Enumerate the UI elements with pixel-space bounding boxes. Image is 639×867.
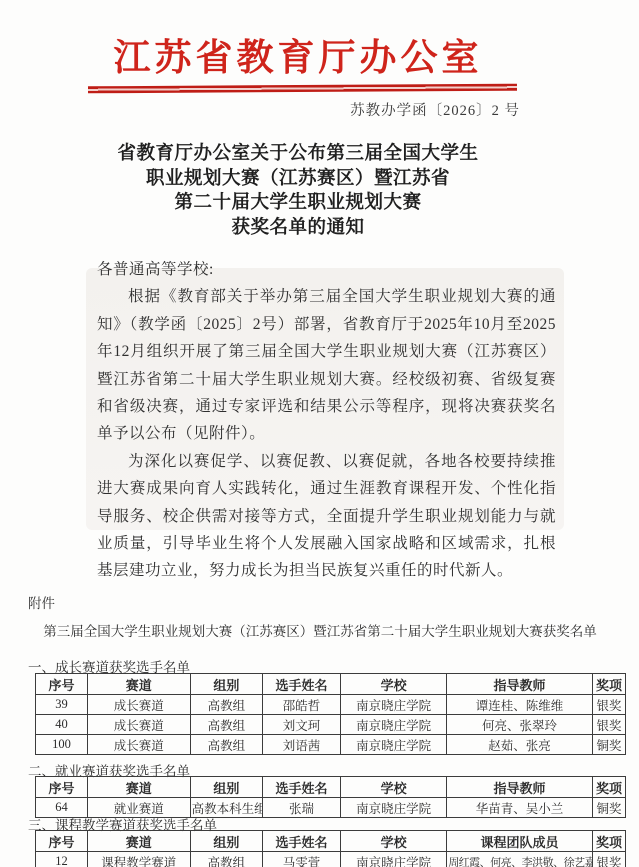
body-paragraph: 为深化以赛促学、以赛促教、以赛促就，各地各校要持续推进大赛成果向育人实践转化，通… [97,448,556,585]
table-cell: 成长赛道 [87,715,190,735]
document-number: 苏教办学函〔2026〕2 号 [0,99,520,120]
table-cell: 南京晓庄学院 [341,798,447,818]
table-row: 39成长赛道高教组邵皓哲南京晓庄学院谭连桂、陈维维银奖 [36,695,626,715]
column-header: 选手姓名 [263,674,341,695]
table-cell: 高教组 [190,715,263,735]
table-header-row: 序号赛道组别选手姓名学校指导教师奖项 [36,674,626,695]
table-cell: 刘语茜 [263,735,341,755]
attachment-title: 第三届全国大学生职业规划大赛（江苏赛区）暨江苏省第二十届大学生职业规划大赛获奖名… [15,620,625,640]
notice-title-line: 省教育厅办公室关于公布第三届全国大学生 [117,144,478,164]
column-header: 选手姓名 [263,777,341,798]
column-header: 赛道 [87,674,190,695]
table-cell: 铜奖 [592,798,625,818]
table-cell: 成长赛道 [87,735,190,755]
notice-body: 各普通高等学校: 根据《教育部关于举办第三届全国大学生职业规划大赛的通知》（教学… [97,256,556,585]
column-header: 序号 [36,777,88,798]
table-cell: 南京晓庄学院 [341,695,447,715]
table-cell: 南京晓庄学院 [341,852,447,867]
table-cell: 马雯萱 [263,852,341,867]
column-header: 序号 [36,674,88,695]
notice-title: 省教育厅办公室关于公布第三届全国大学生 职业规划大赛（江苏赛区）暨江苏省 第二十… [0,142,608,240]
attachment-label: 附件 [28,592,55,612]
column-header: 指导教师 [447,674,593,695]
table-cell: 铜奖 [592,735,625,755]
letterhead-title: 江苏省教育厅办公室 [0,27,608,81]
table-header-row: 序号赛道组别选手姓名学校指导教师奖项 [36,777,626,798]
notice-title-line: 第二十届大学生职业规划大赛 [174,193,421,213]
table-cell: 高教组 [190,852,263,867]
notice-title-line: 职业规划大赛（江苏赛区）暨江苏省 [146,169,450,189]
table-cell: 12 [36,852,88,867]
column-header: 学校 [341,674,447,695]
table-cell: 高教组 [190,695,263,715]
table-cell: 银奖 [592,852,625,867]
column-header: 指导教师 [447,777,593,798]
letterhead-divider-rule [88,84,517,94]
table-header-row: 序号赛道组别选手姓名学校课程团队成员奖项 [36,831,626,852]
column-header: 学校 [341,831,447,852]
table-cell: 谭连桂、陈维维 [447,695,593,715]
column-header: 组别 [190,831,263,852]
award-table-growth-track: 序号赛道组别选手姓名学校指导教师奖项39成长赛道高教组邵皓哲南京晓庄学院谭连桂、… [35,673,626,755]
table-cell: 周红霞、何亮、李洪敬、徐艺嘉 [447,852,593,867]
table-cell: 南京晓庄学院 [341,715,447,735]
table-cell: 成长赛道 [87,695,190,715]
table-cell: 邵皓哲 [263,695,341,715]
table-row: 12课程教学赛道高教组马雯萱南京晓庄学院周红霞、何亮、李洪敬、徐艺嘉银奖 [36,852,626,867]
table-cell: 40 [36,715,88,735]
table-cell: 华苗青、吴小兰 [447,798,593,818]
table-cell: 何亮、张翠玲 [447,715,593,735]
column-header: 学校 [341,777,447,798]
notice-title-line: 获奖名单的通知 [231,218,364,238]
column-header: 奖项 [592,777,625,798]
table-cell: 100 [36,735,88,755]
table-cell: 赵茹、张亮 [447,735,593,755]
column-header: 组别 [190,777,263,798]
column-header: 奖项 [592,831,625,852]
column-header: 选手姓名 [263,831,341,852]
table-cell: 刘文珂 [263,715,341,735]
table-cell: 高教组 [190,735,263,755]
table-cell: 张瑞 [263,798,341,818]
column-header: 赛道 [87,777,190,798]
column-header: 组别 [190,674,263,695]
salutation: 各普通高等学校: [97,256,556,283]
table-cell: 南京晓庄学院 [341,735,447,755]
column-header: 序号 [36,831,88,852]
table-row: 100成长赛道高教组刘语茜南京晓庄学院赵茹、张亮铜奖 [36,735,626,755]
document-page: 江苏省教育厅办公室 苏教办学函〔2026〕2 号 省教育厅办公室关于公布第三届全… [0,0,639,867]
body-paragraph: 根据《教育部关于举办第三届全国大学生职业规划大赛的通知》（教学函〔2025〕2号… [97,283,556,447]
award-table-course-teaching-track: 序号赛道组别选手姓名学校课程团队成员奖项12课程教学赛道高教组马雯萱南京晓庄学院… [35,830,626,867]
table-cell: 39 [36,695,88,715]
table-row: 40成长赛道高教组刘文珂南京晓庄学院何亮、张翠玲银奖 [36,715,626,735]
table-cell: 课程教学赛道 [87,852,190,867]
column-header: 奖项 [592,674,625,695]
table-cell: 银奖 [592,695,625,715]
table-cell: 银奖 [592,715,625,735]
column-header: 课程团队成员 [447,831,593,852]
award-table-employment-track: 序号赛道组别选手姓名学校指导教师奖项64就业赛道高教本科生组张瑞南京晓庄学院华苗… [35,776,626,818]
column-header: 赛道 [87,831,190,852]
